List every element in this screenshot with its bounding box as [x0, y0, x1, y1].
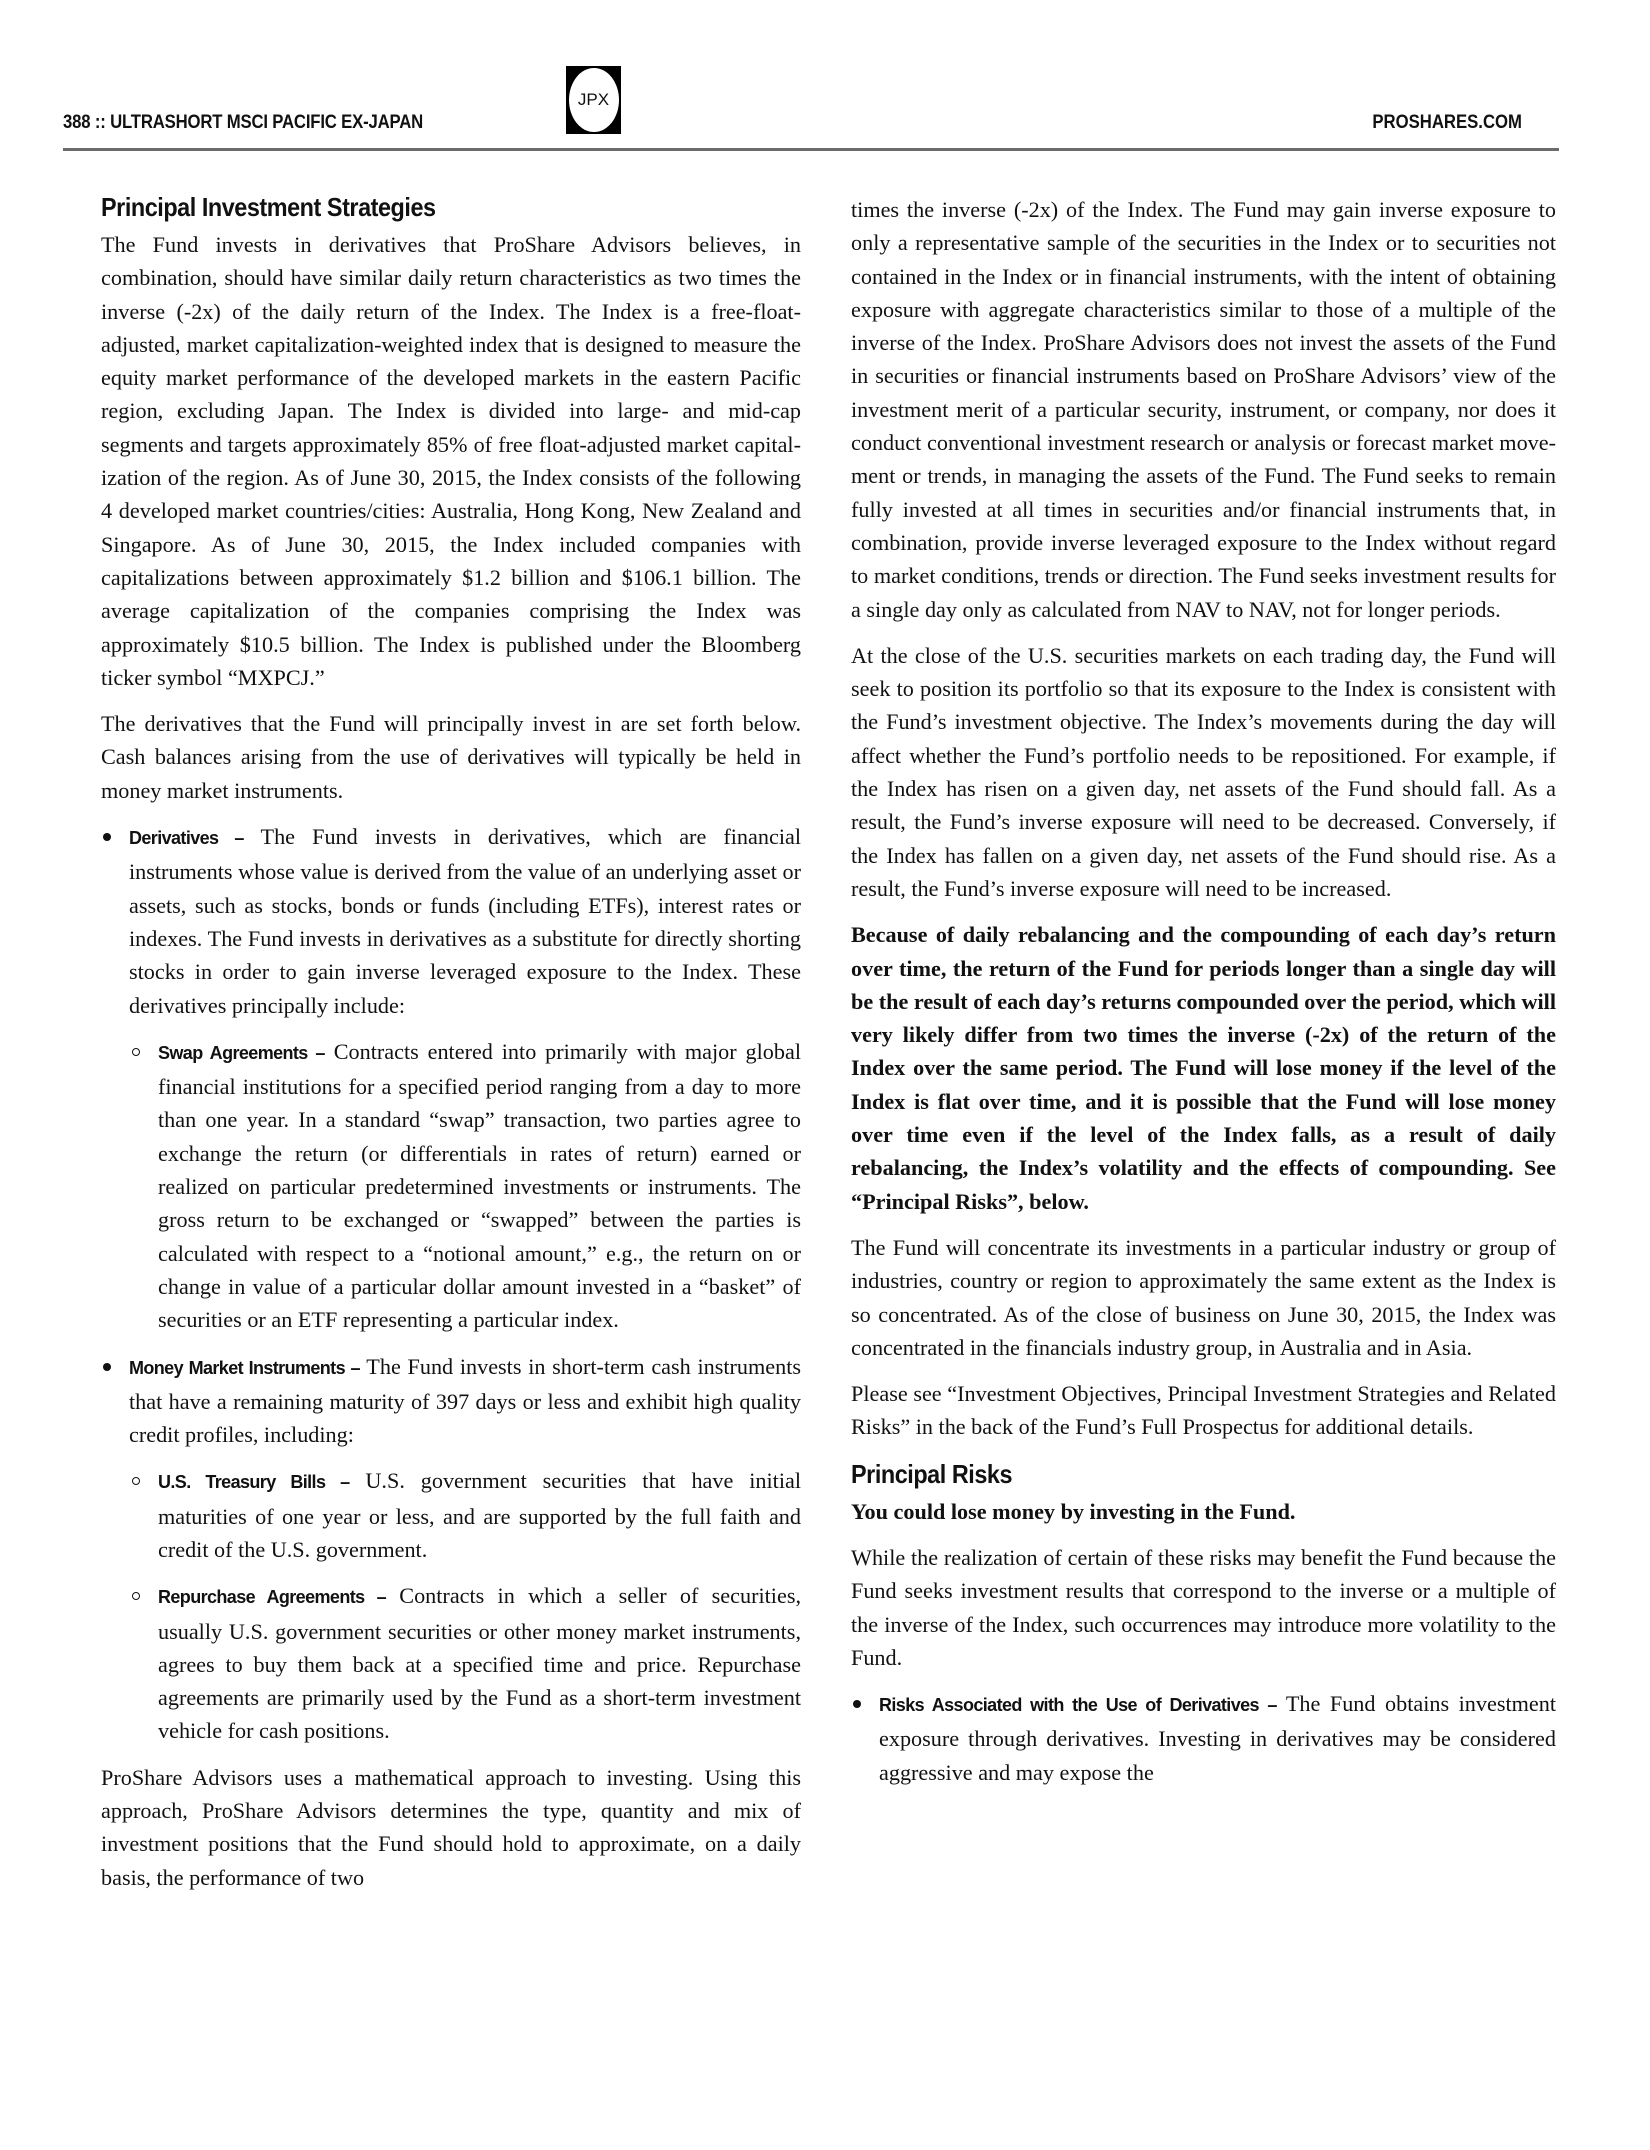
term-money-market-instruments: Money Market Instruments –	[129, 1358, 360, 1378]
right-column: times the inverse (-2x) of the Index. Th…	[851, 193, 1556, 1802]
paragraph-see-prospectus: Please see “Investment Objectives, Princ…	[851, 1377, 1556, 1444]
bullet-derivatives-risk: Risks Associated with the Use of Derivat…	[851, 1687, 1556, 1789]
strategy-bullet-list: Derivatives – The Fund invests in deriva…	[101, 820, 801, 1748]
paragraph-daily-repositioning: At the close of the U.S. securities mark…	[851, 639, 1556, 905]
risks-lead-statement: You could lose money by investing in the…	[851, 1495, 1556, 1528]
risks-bullet-list: Risks Associated with the Use of Derivat…	[851, 1687, 1556, 1789]
derivatives-sublist: Swap Agreements – Contracts entered into…	[129, 1035, 801, 1337]
term-treasury-bills: U.S. Treasury Bills –	[158, 1472, 350, 1492]
heading-principal-risks: Principal Risks	[851, 1457, 1486, 1491]
paragraph-compounding-warning: Because of daily rebalancing and the com…	[851, 918, 1556, 1218]
header-divider	[63, 148, 1559, 151]
paragraph-derivatives-intro: The derivatives that the Fund will princ…	[101, 707, 801, 807]
subbullet-text: Contracts entered into primarily with ma…	[158, 1039, 801, 1332]
paragraph-mathematical-approach: ProShare Advisors uses a mathematical ap…	[101, 1761, 801, 1894]
subbullet-swap-agreements: Swap Agreements – Contracts entered into…	[129, 1035, 801, 1337]
money-market-sublist: U.S. Treasury Bills – U.S. government se…	[129, 1464, 801, 1747]
bullet-derivatives: Derivatives – The Fund invests in deriva…	[101, 820, 801, 1336]
subbullet-repurchase-agreements: Repurchase Agreements – Contracts in whi…	[129, 1579, 801, 1747]
ticker-circle-icon: JPX	[569, 68, 619, 132]
term-derivatives: Derivatives –	[129, 828, 244, 848]
subbullet-treasury-bills: U.S. Treasury Bills – U.S. government se…	[129, 1464, 801, 1566]
left-column: Principal Investment Strategies The Fund…	[101, 190, 801, 1907]
bullet-text: The Fund invests in derivatives, which a…	[129, 824, 801, 1017]
paragraph-risks-intro: While the realization of certain of thes…	[851, 1541, 1556, 1674]
bullet-money-market-instruments: Money Market Instruments – The Fund inve…	[101, 1350, 801, 1748]
paragraph-concentration: The Fund will concentrate its investment…	[851, 1231, 1556, 1364]
page-number-and-fund-title: 388 :: ULTRASHORT MSCI PACIFIC EX-JAPAN	[63, 112, 423, 134]
paragraph-index-description: The Fund invests in derivatives that Pro…	[101, 228, 801, 694]
term-repurchase-agreements: Repurchase Agreements –	[158, 1587, 386, 1607]
term-derivatives-risk: Risks Associated with the Use of Derivat…	[879, 1695, 1277, 1715]
heading-principal-investment-strategies: Principal Investment Strategies	[101, 190, 731, 224]
ticker-badge: JPX	[566, 66, 621, 134]
subbullet-text: Contracts in which a seller of secu­riti…	[158, 1583, 801, 1743]
site-link[interactable]: PROSHARES.COM	[1372, 112, 1522, 134]
paragraph-inverse-exposure: times the inverse (-2x) of the Index. Th…	[851, 193, 1556, 626]
term-swap-agreements: Swap Agreements –	[158, 1043, 325, 1063]
page-header: 388 :: ULTRASHORT MSCI PACIFIC EX-JAPAN …	[63, 60, 1559, 152]
